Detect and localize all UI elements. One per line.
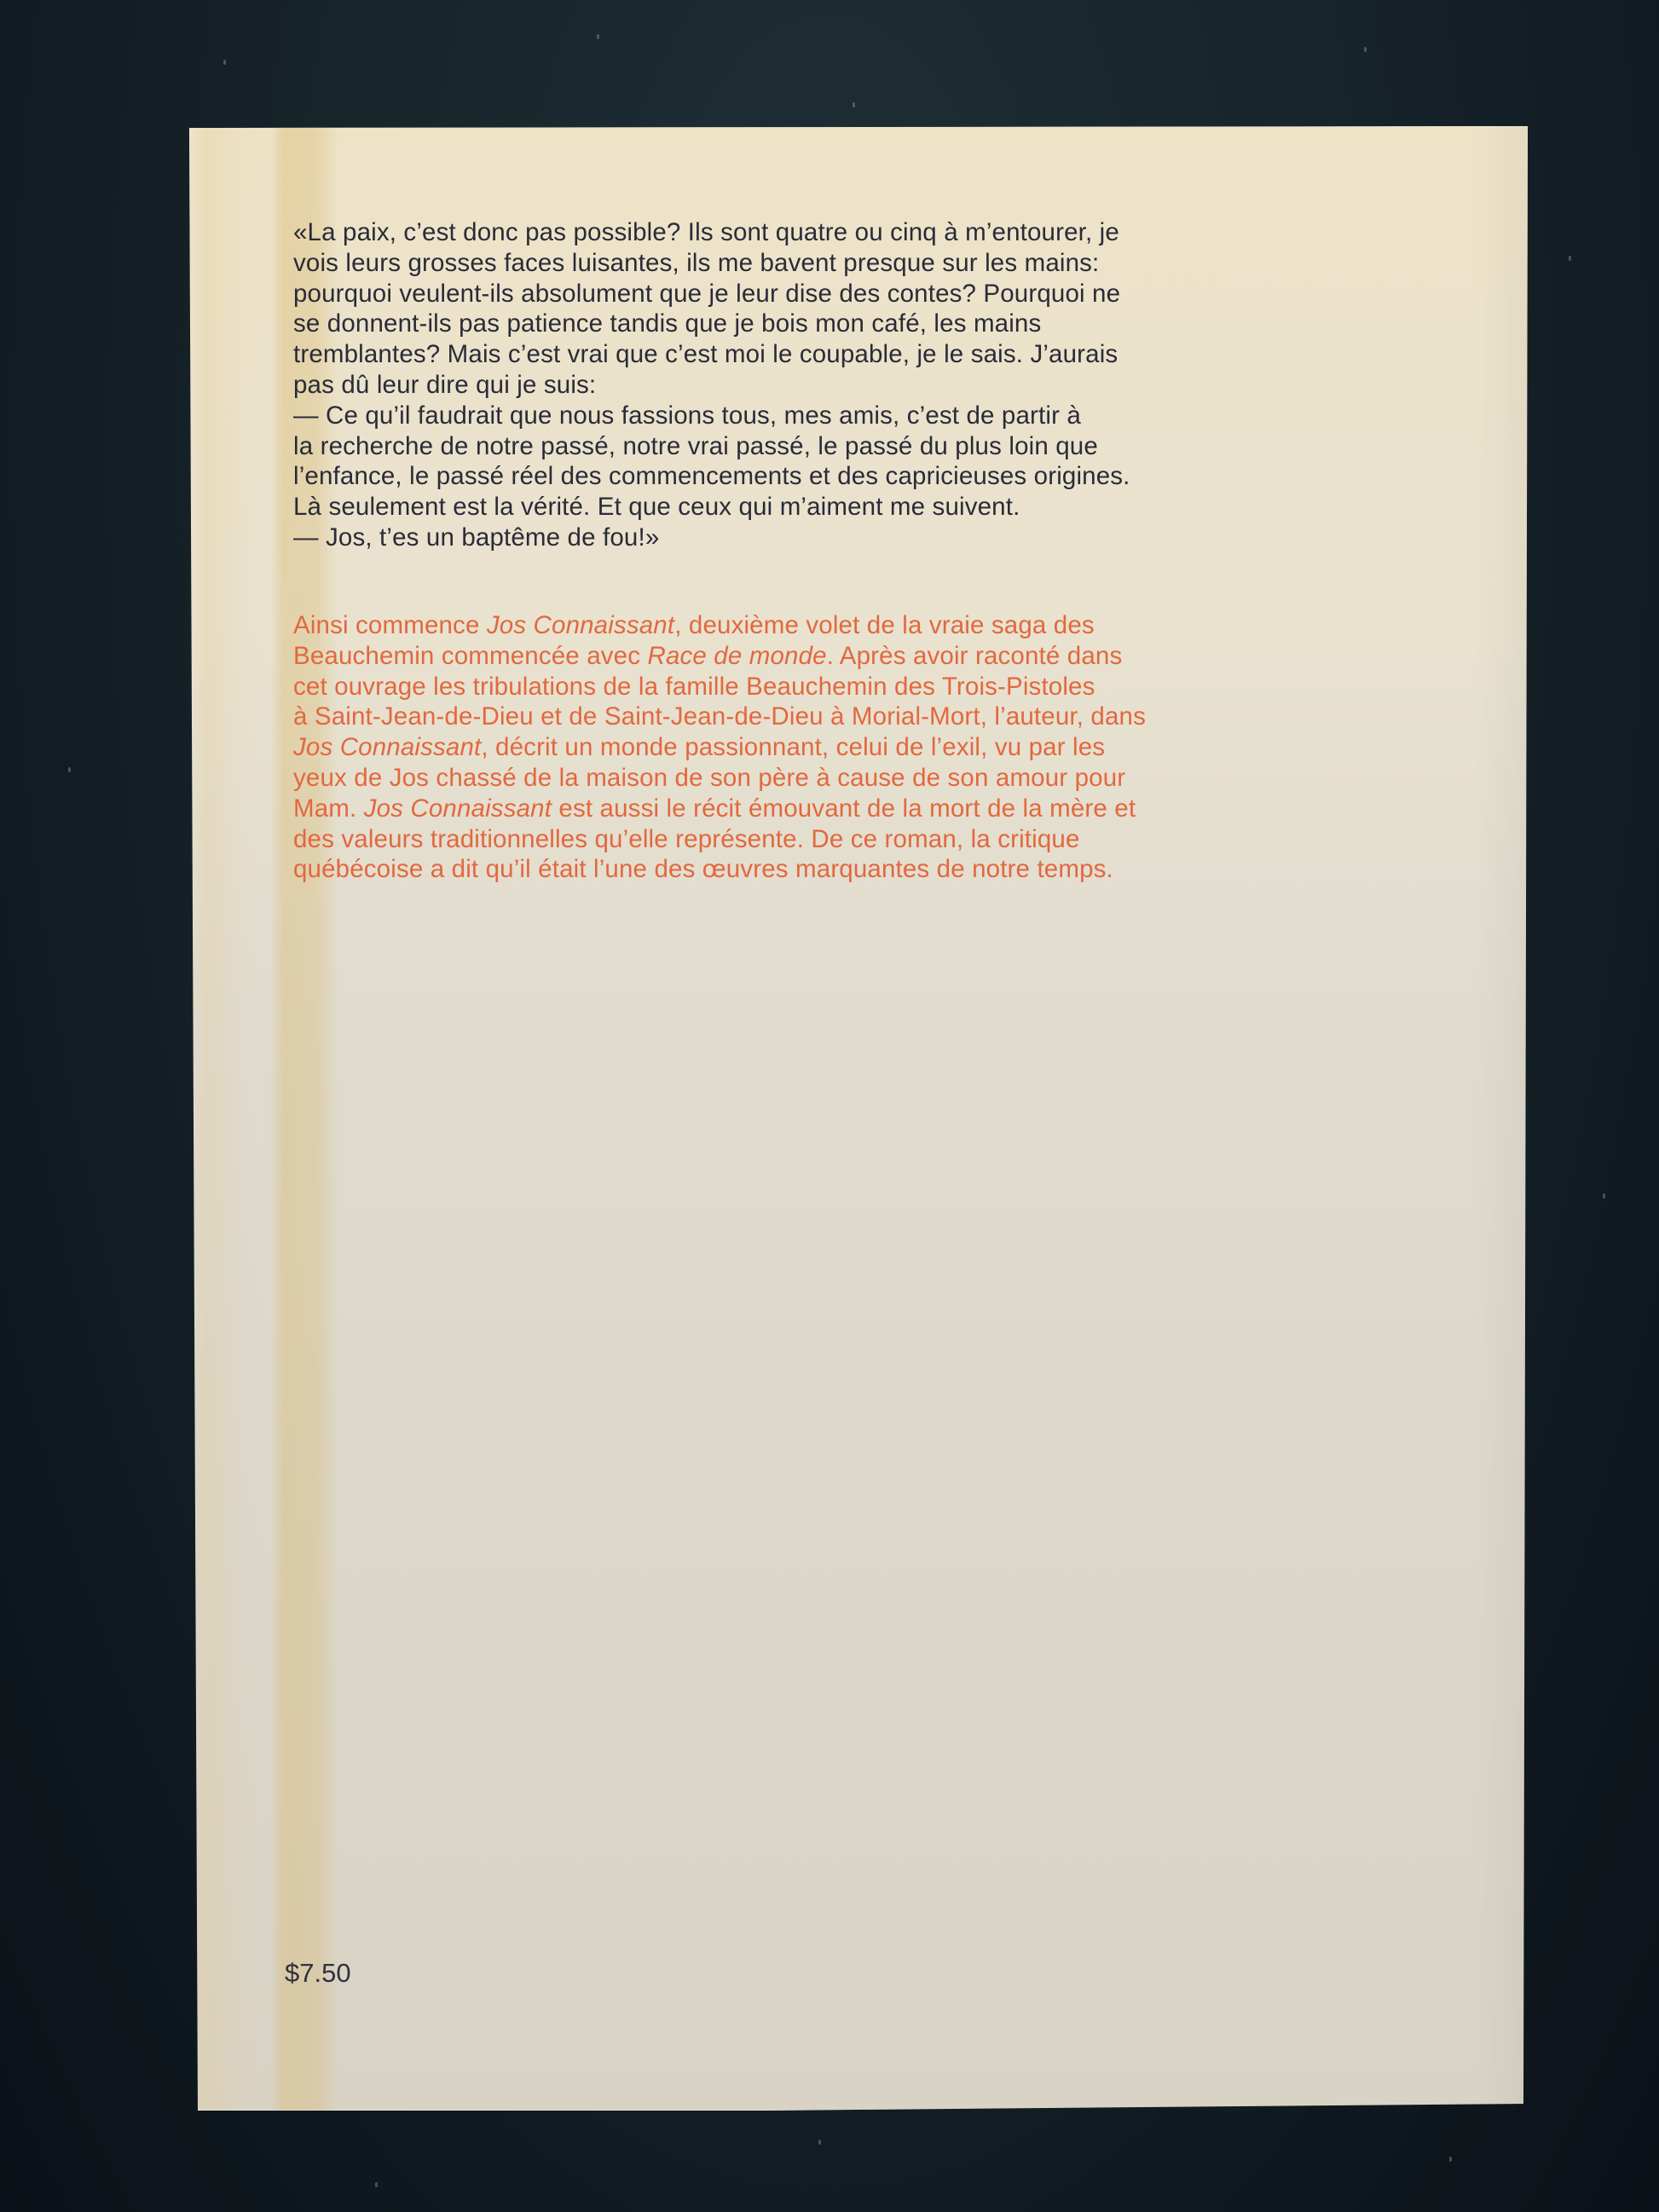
blurb-text: québécoise a dit qu’il était l’une des œ… <box>293 855 1113 883</box>
quote-line: — Jos, t’es un baptême de fou!» <box>293 523 1419 553</box>
blurb-line: yeux de Jos chassé de la maison de son p… <box>293 763 1419 794</box>
blurb-line: à Saint-Jean-de-Dieu et de Saint-Jean-de… <box>293 702 1419 732</box>
dust-speck <box>68 767 71 772</box>
book-title-italic: Jos Connaissant <box>293 733 481 761</box>
book-title-italic: Jos Connaissant <box>487 611 674 639</box>
blurb-line: québécoise a dit qu’il était l’une des œ… <box>293 854 1419 885</box>
blurb-text: à Saint-Jean-de-Dieu et de Saint-Jean-de… <box>293 702 1146 731</box>
blurb-line: Mam. Jos Connaissant est aussi le récit … <box>293 794 1419 824</box>
blurb-text: Mam. <box>293 794 364 823</box>
quote-line: vois leurs grosses faces luisantes, ils … <box>293 248 1419 279</box>
blurb-text: , décrit un monde passionnant, celui de … <box>481 733 1105 761</box>
blurb-text: . Après avoir raconté dans <box>827 642 1123 670</box>
dust-speck <box>223 60 226 65</box>
dust-speck <box>1603 1193 1605 1198</box>
dust-speck <box>597 34 599 39</box>
blurb-text: est aussi le récit émouvant de la mort d… <box>552 794 1136 823</box>
blurb-line: Beauchemin commencée avec Race de monde.… <box>293 641 1419 672</box>
blurb-text: yeux de Jos chassé de la maison de son p… <box>293 764 1125 792</box>
blurb-text: cet ouvrage les tribulations de la famil… <box>293 673 1095 701</box>
blurb-text: Beauchemin commencée avec <box>293 642 647 670</box>
dust-speck <box>1449 2157 1452 2162</box>
blurb-line: Jos Connaissant, décrit un monde passion… <box>293 732 1419 763</box>
excerpt-quote: «La paix, c’est donc pas possible? Ils s… <box>293 217 1419 553</box>
blurb-text: Ainsi commence <box>293 611 487 639</box>
dust-speck <box>853 102 855 107</box>
blurb-line: cet ouvrage les tribulations de la famil… <box>293 672 1419 702</box>
book-blurb: Ainsi commence Jos Connaissant, deuxième… <box>293 610 1419 885</box>
dust-speck <box>818 2140 821 2145</box>
price-label: $7.50 <box>285 1956 351 1990</box>
blurb-text: des valeurs traditionnelles qu’elle repr… <box>293 825 1080 853</box>
quote-line: pas dû leur dire qui je suis: <box>293 370 1419 401</box>
quote-line: Là seulement est la vérité. Et que ceux … <box>293 492 1419 523</box>
quote-line: se donnent-ils pas patience tandis que j… <box>293 309 1419 339</box>
quote-line: tremblantes? Mais c’est vrai que c’est m… <box>293 339 1419 370</box>
photo-scene: «La paix, c’est donc pas possible? Ils s… <box>0 0 1659 2212</box>
quote-line: «La paix, c’est donc pas possible? Ils s… <box>293 217 1419 248</box>
quote-line: l’enfance, le passé réel des commencemen… <box>293 461 1419 492</box>
dust-speck <box>375 2182 378 2187</box>
quote-line: pourquoi veulent-ils absolument que je l… <box>293 279 1419 309</box>
quote-line: — Ce qu’il faudrait que nous fassions to… <box>293 401 1419 431</box>
book-title-italic: Race de monde <box>647 642 826 670</box>
blurb-text: , deuxième volet de la vraie saga des <box>674 611 1095 639</box>
blurb-line: Ainsi commence Jos Connaissant, deuxième… <box>293 610 1419 641</box>
dust-speck <box>1569 256 1571 261</box>
book-title-italic: Jos Connaissant <box>364 794 552 823</box>
dust-speck <box>1364 47 1367 52</box>
quote-line: la recherche de notre passé, notre vrai … <box>293 431 1419 462</box>
blurb-line: des valeurs traditionnelles qu’elle repr… <box>293 824 1419 855</box>
